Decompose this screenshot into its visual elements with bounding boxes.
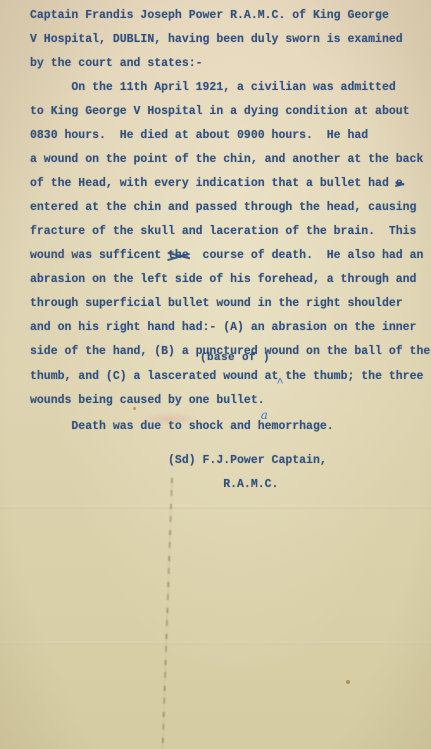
typed-line: to King George V Hospital in a dying con… — [30, 100, 431, 124]
paper-stain-speck — [133, 407, 136, 410]
typed-text: On the 11th April 1921, a civilian was a… — [30, 81, 396, 94]
typed-line: R.A.M.C. — [30, 473, 431, 497]
typed-text: through superficial bullet wound in the … — [30, 297, 403, 310]
typed-line: wound was sufficent the course of death.… — [30, 244, 431, 268]
struck-out-text: the — [168, 244, 189, 268]
typed-line: V Hospital, DUBLIN, having been duly swo… — [30, 28, 431, 52]
typed-text: and on his right hand had:- (A) an abras… — [30, 321, 416, 334]
typed-text: 0830 hours. He died at about 0900 hours.… — [30, 129, 368, 142]
typed-text: entered at the chin and passed through t… — [30, 201, 416, 214]
typed-text: abrasion on the left side of his forehea… — [30, 273, 416, 286]
typed-line: of the Head, with every indication that … — [30, 172, 431, 196]
typed-insertion-above-line: (base of ) — [200, 352, 270, 364]
typed-line: Captain Frandis Joseph Power R.A.M.C. of… — [30, 4, 431, 28]
typed-line: (base of )thumb, and (C) a lascerated wo… — [30, 364, 431, 389]
typed-text: fracture of the skull and laceration of … — [30, 225, 416, 238]
typed-text: (Sd) F.J.Power Captain, — [30, 454, 327, 467]
typed-text: the thumb; the three — [278, 370, 423, 383]
statement-text-block: Captain Frandis Joseph Power R.A.M.C. of… — [0, 0, 431, 749]
paper-stain-speck — [346, 680, 350, 684]
typed-text: a wound on the point of the chin, and an… — [30, 153, 423, 166]
typed-text: of the Head, with every indication that … — [30, 177, 396, 190]
ink-smudge — [140, 412, 200, 426]
typed-line: (Sd) F.J.Power Captain, — [30, 449, 431, 473]
typed-line: wounds being caused by one bullet. — [30, 389, 431, 413]
typed-line: entered at the chin and passed through t… — [30, 196, 431, 220]
typed-text: thumb, and (C) a lascerated wound at — [30, 370, 278, 383]
ink-smudge — [40, 250, 90, 262]
typed-line: 0830 hours. He died at about 0900 hours.… — [30, 124, 431, 148]
paper-horizontal-fold-line — [0, 505, 431, 509]
typed-text: course of death. He also had an — [189, 249, 424, 262]
typed-text: V Hospital, DUBLIN, having been duly swo… — [30, 33, 403, 46]
typed-line: through superficial bullet wound in the … — [30, 292, 431, 316]
typed-line: Death was due to shock and ahemorrhage. — [30, 413, 431, 439]
struck-out-text: e — [396, 172, 403, 196]
typed-line: and on his right hand had:- (A) an abras… — [30, 316, 431, 340]
typed-text: by the court and states:- — [30, 57, 203, 70]
typed-line: On the 11th April 1921, a civilian was a… — [30, 76, 431, 100]
typed-text: hemorrhage. — [258, 420, 334, 433]
typed-line: abrasion on the left side of his forehea… — [30, 268, 431, 292]
paper-horizontal-fold-line — [0, 641, 431, 645]
typed-text: Captain Frandis Joseph Power R.A.M.C. of… — [30, 9, 389, 22]
typed-line: by the court and states:- — [30, 52, 431, 76]
scanned-document-page: Captain Frandis Joseph Power R.A.M.C. of… — [0, 0, 431, 749]
typed-line: a wound on the point of the chin, and an… — [30, 148, 431, 172]
typed-line: fracture of the skull and laceration of … — [30, 220, 431, 244]
typed-text: R.A.M.C. — [30, 478, 278, 491]
typed-text: to King George V Hospital in a dying con… — [30, 105, 410, 118]
typed-text: wounds being caused by one bullet. — [30, 394, 265, 407]
